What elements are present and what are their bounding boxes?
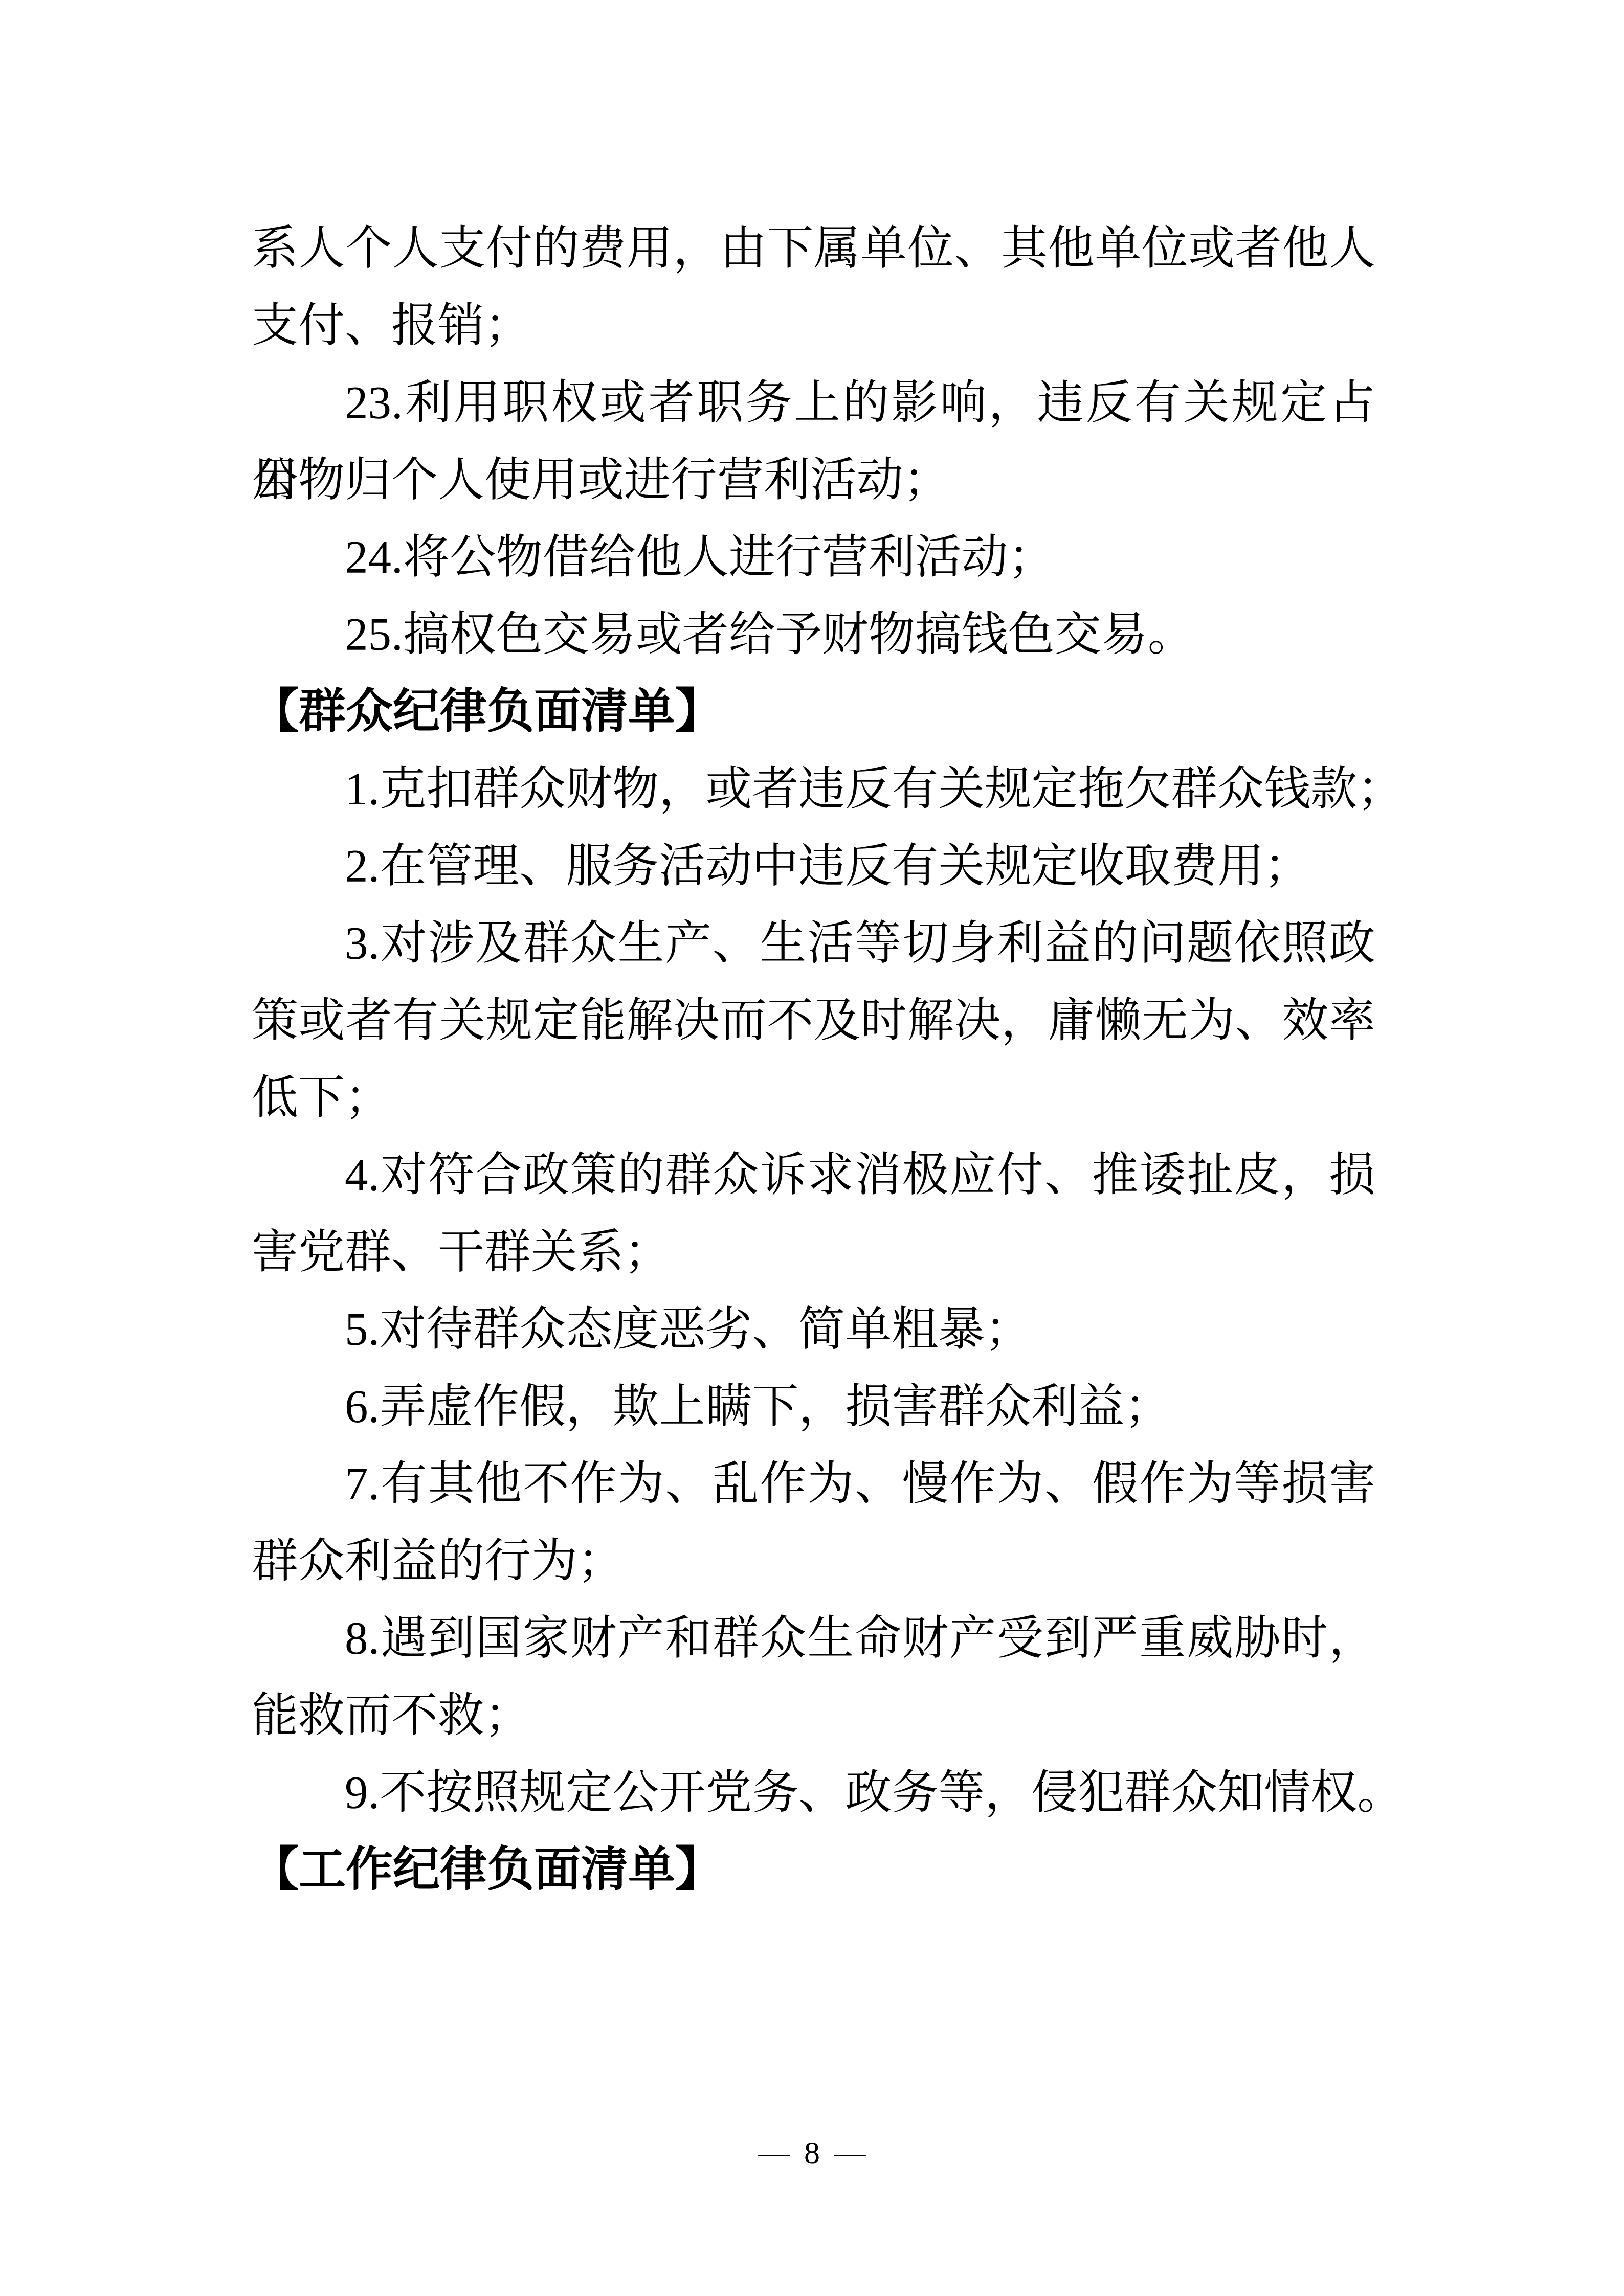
list-item-9: 9.不按照规定公开党务、政务等，侵犯群众知情权。 bbox=[252, 1754, 1375, 1831]
list-item-23: 23.利用职权或者职务上的影响，违反有关规定占用 bbox=[252, 364, 1375, 441]
list-item-8: 8.遇到国家财产和群众生命财产受到严重威胁时， bbox=[252, 1600, 1375, 1677]
document-text-block: 系人个人支付的费用，由下属单位、其他单位或者他人 支付、报销； 23.利用职权或… bbox=[252, 210, 1375, 1908]
body-line: 策或者有关规定能解决而不及时解决，庸懒无为、效率 bbox=[252, 982, 1375, 1059]
body-line: 能救而不救； bbox=[252, 1677, 1375, 1754]
body-line: 支付、报销； bbox=[252, 287, 1375, 364]
list-item-6: 6.弄虚作假，欺上瞒下，损害群众利益； bbox=[252, 1368, 1375, 1445]
list-item-3: 3.对涉及群众生产、生活等切身利益的问题依照政 bbox=[252, 905, 1375, 982]
list-item-7: 7.有其他不作为、乱作为、慢作为、假作为等损害 bbox=[252, 1445, 1375, 1522]
list-item-25: 25.搞权色交易或者给予财物搞钱色交易。 bbox=[252, 596, 1375, 673]
list-item-1: 1.克扣群众财物，或者违反有关规定拖欠群众钱款； bbox=[252, 750, 1375, 827]
body-line: 低下； bbox=[252, 1059, 1375, 1136]
list-item-24: 24.将公物借给他人进行营利活动； bbox=[252, 519, 1375, 596]
body-line: 系人个人支付的费用，由下属单位、其他单位或者他人 bbox=[252, 210, 1375, 287]
list-item-4: 4.对符合政策的群众诉求消极应付、推诿扯皮，损 bbox=[252, 1136, 1375, 1213]
section-heading-mass-discipline: 【群众纪律负面清单】 bbox=[252, 673, 1375, 750]
document-page: { "colors": { "background": "#ffffff", "… bbox=[0, 0, 1624, 2296]
section-heading-work-discipline: 【工作纪律负面清单】 bbox=[252, 1831, 1375, 1908]
body-line: 害党群、干群关系； bbox=[252, 1213, 1375, 1291]
page-number: — 8 — bbox=[0, 2130, 1624, 2175]
list-item-5: 5.对待群众态度恶劣、简单粗暴； bbox=[252, 1291, 1375, 1368]
list-item-2: 2.在管理、服务活动中违反有关规定收取费用； bbox=[252, 827, 1375, 905]
body-line: 群众利益的行为； bbox=[252, 1522, 1375, 1600]
body-line: 公物归个人使用或进行营利活动； bbox=[252, 441, 1375, 519]
